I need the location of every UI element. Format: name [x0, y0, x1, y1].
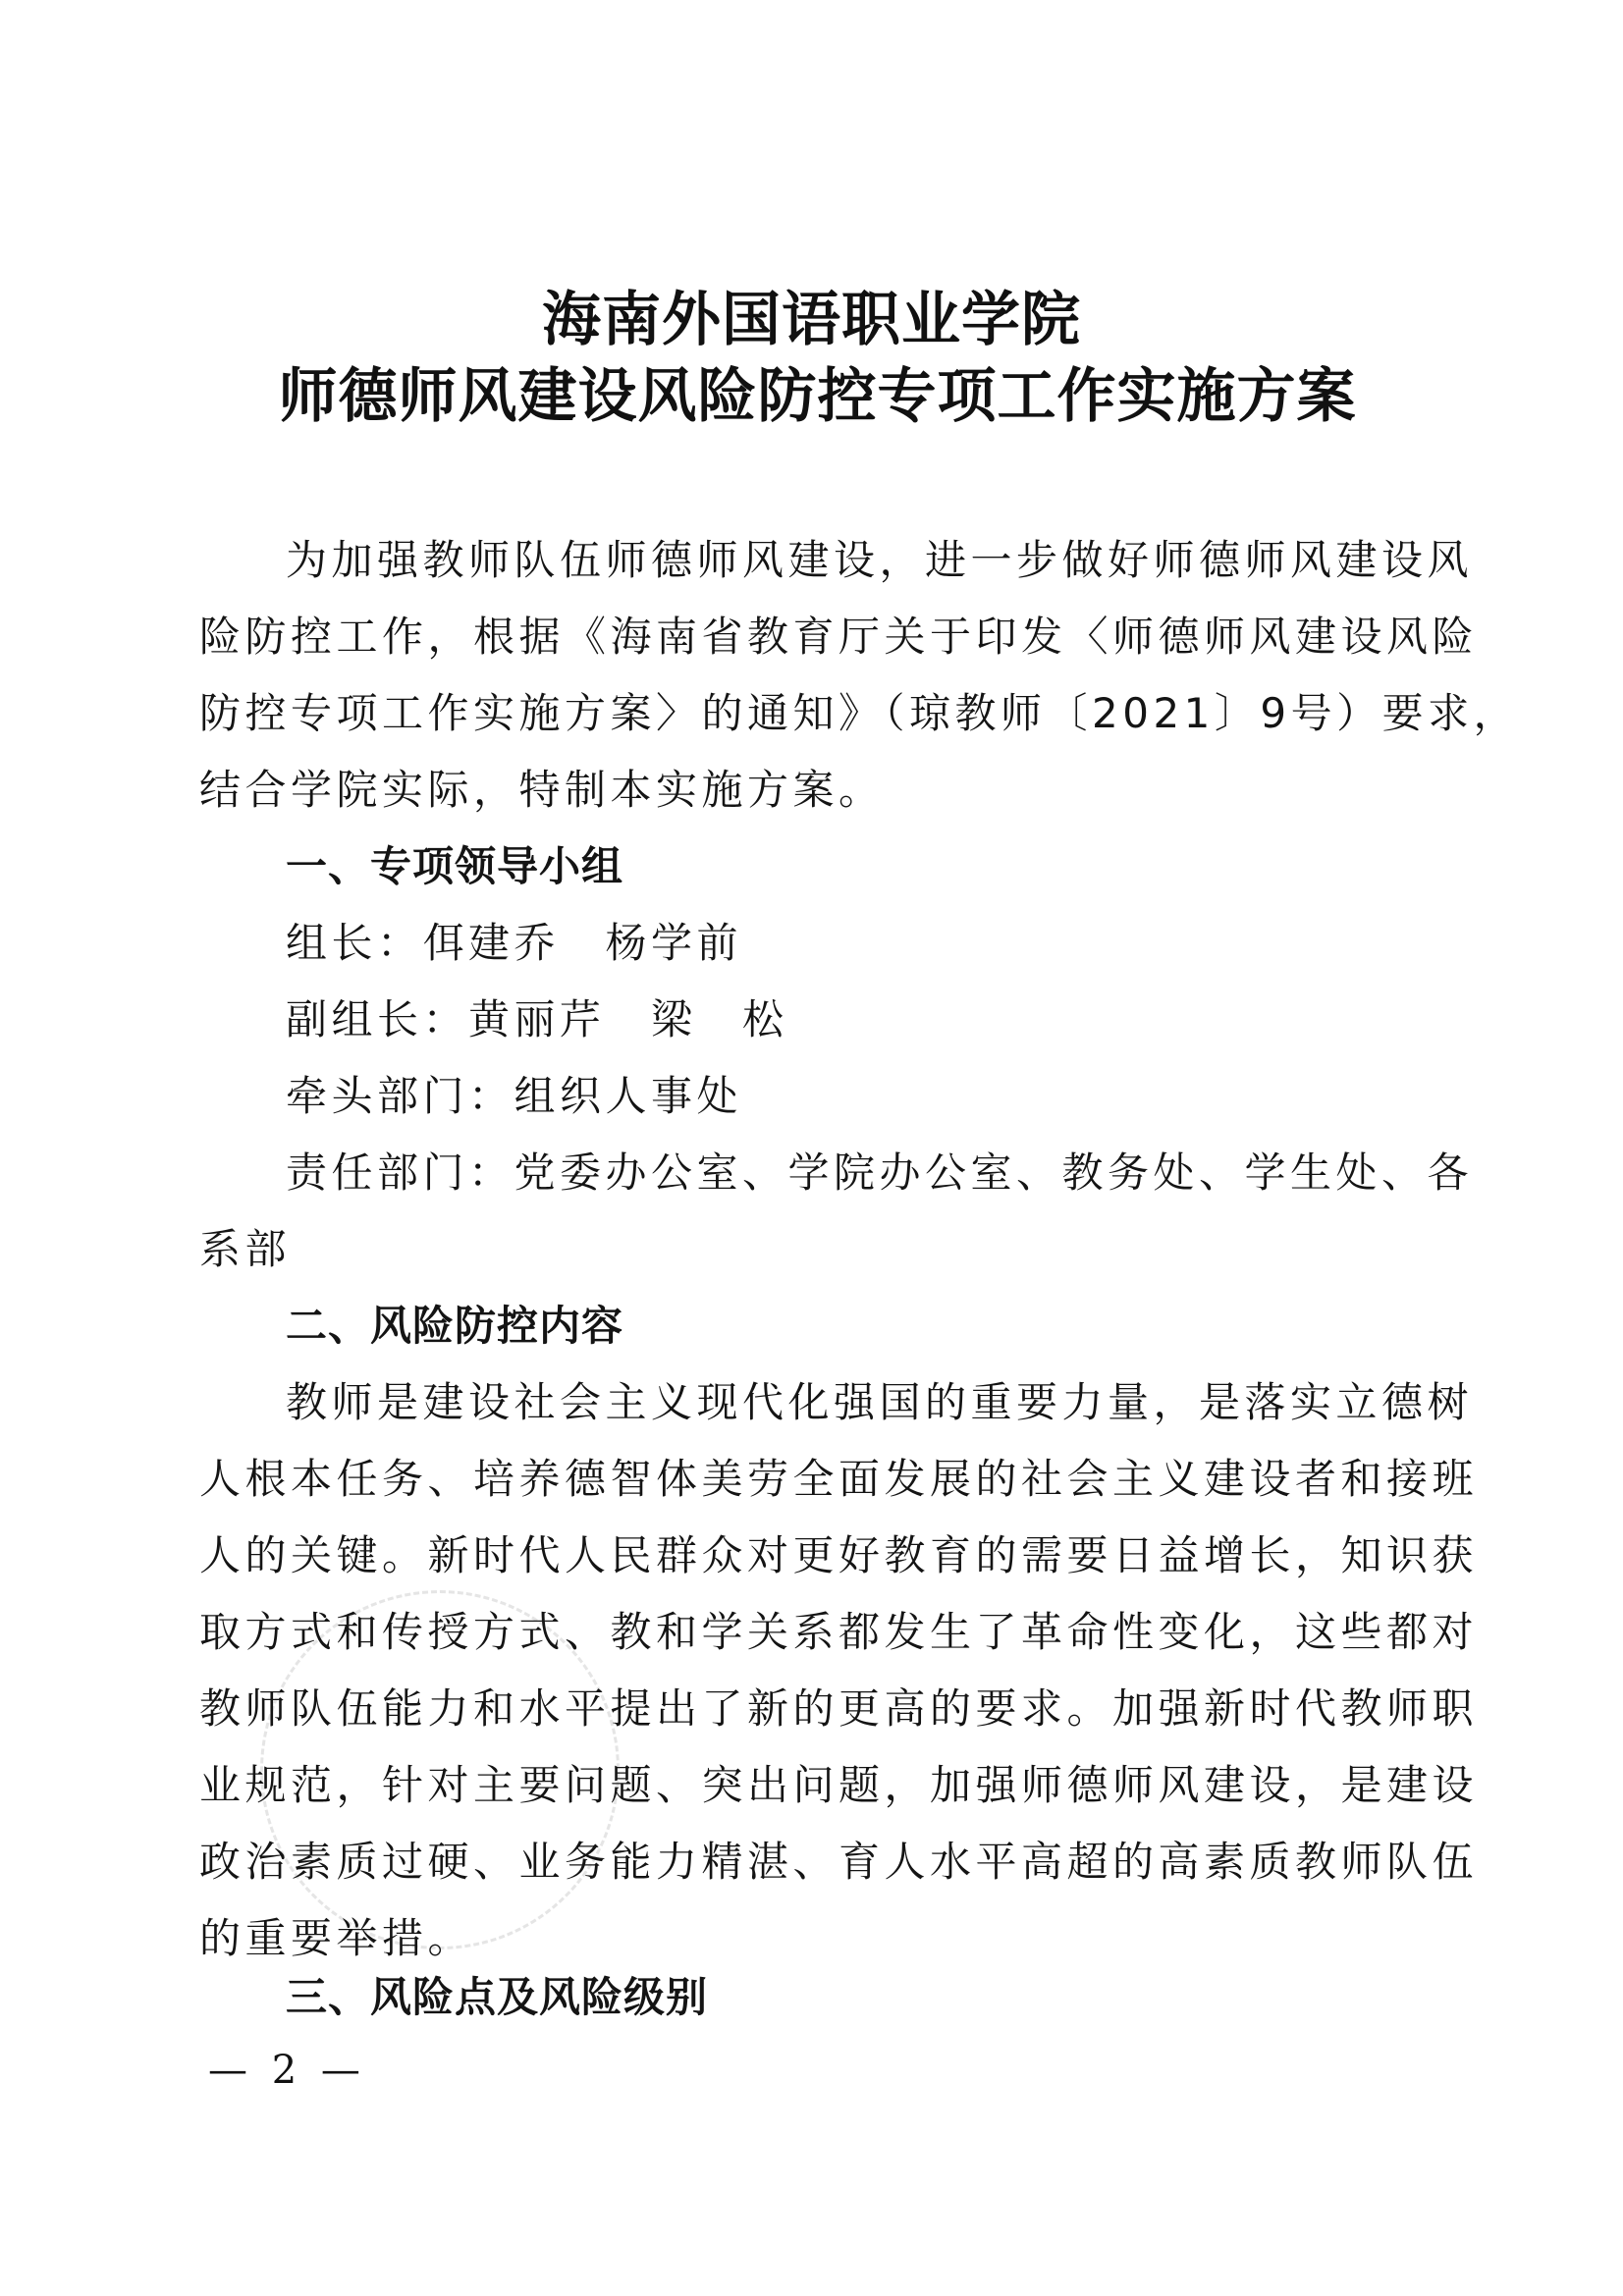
responsible-department-line: 责任部门：党委办公室、学院办公室、教务处、学生处、各	[199, 1135, 1432, 1211]
content-line: 取方式和传授方式、教和学关系都发生了革命性变化，这些都对	[199, 1594, 1432, 1671]
leader-item: 组长：佴建乔 杨学前	[199, 905, 1432, 982]
page-number: — 2 —	[208, 2048, 366, 2093]
intro-line: 结合学院实际，特制本实施方案。	[199, 752, 1432, 828]
content-line: 人的关键。新时代人民群众对更好教育的需要日益增长，知识获	[199, 1518, 1432, 1594]
section-heading: 三、风险点及风险级别	[199, 1959, 1432, 2036]
content-line: 政治素质过硬、业务能力精湛、育人水平高超的高素质教师队伍	[199, 1824, 1432, 1900]
section-heading: 二、风险防控内容	[199, 1288, 1432, 1364]
content-line: 教师队伍能力和水平提出了新的更高的要求。加强新时代教师职	[199, 1671, 1432, 1747]
intro-paragraph: 为加强教师队伍师德师风建设，进一步做好师德师风建设风 险防控工作，根据《海南省教…	[199, 522, 1432, 828]
content-line: 人根本任务、培养德智体美劳全面发展的社会主义建设者和接班	[199, 1441, 1432, 1518]
intro-line: 为加强教师队伍师德师风建设，进一步做好师德师风建设风	[199, 522, 1432, 599]
content-line: 教师是建设社会主义现代化强国的重要力量，是落实立德树	[199, 1364, 1432, 1441]
document-title-subject: 师德师风建设风险防控专项工作实施方案	[6, 361, 1623, 432]
section-heading: 一、专项领导小组	[199, 828, 1432, 905]
deputy-leader-item: 副组长：黄丽芹 梁 松	[199, 982, 1432, 1058]
document-title-institution: 海南外国语职业学院	[0, 285, 1623, 355]
content-line: 业规范，针对主要问题、突出问题，加强师德师风建设，是建设	[199, 1747, 1432, 1824]
lead-department-item: 牵头部门：组织人事处	[199, 1058, 1432, 1135]
section-leadership-group: 一、专项领导小组 组长：佴建乔 杨学前 副组长：黄丽芹 梁 松 牵头部门：组织人…	[199, 828, 1432, 1288]
responsible-department-line: 系部	[199, 1211, 1432, 1288]
intro-line: 防控专项工作实施方案〉的通知》（琼教师〔2021〕9号）要求，	[199, 675, 1432, 752]
intro-line: 险防控工作，根据《海南省教育厅关于印发〈师德师风建设风险	[199, 599, 1432, 675]
section-risk-points: 三、风险点及风险级别	[199, 1959, 1432, 2036]
document-page: 海南外国语职业学院 师德师风建设风险防控专项工作实施方案 为加强教师队伍师德师风…	[0, 0, 1623, 2296]
section-risk-control-content: 二、风险防控内容 教师是建设社会主义现代化强国的重要力量，是落实立德树 人根本任…	[199, 1288, 1432, 1977]
